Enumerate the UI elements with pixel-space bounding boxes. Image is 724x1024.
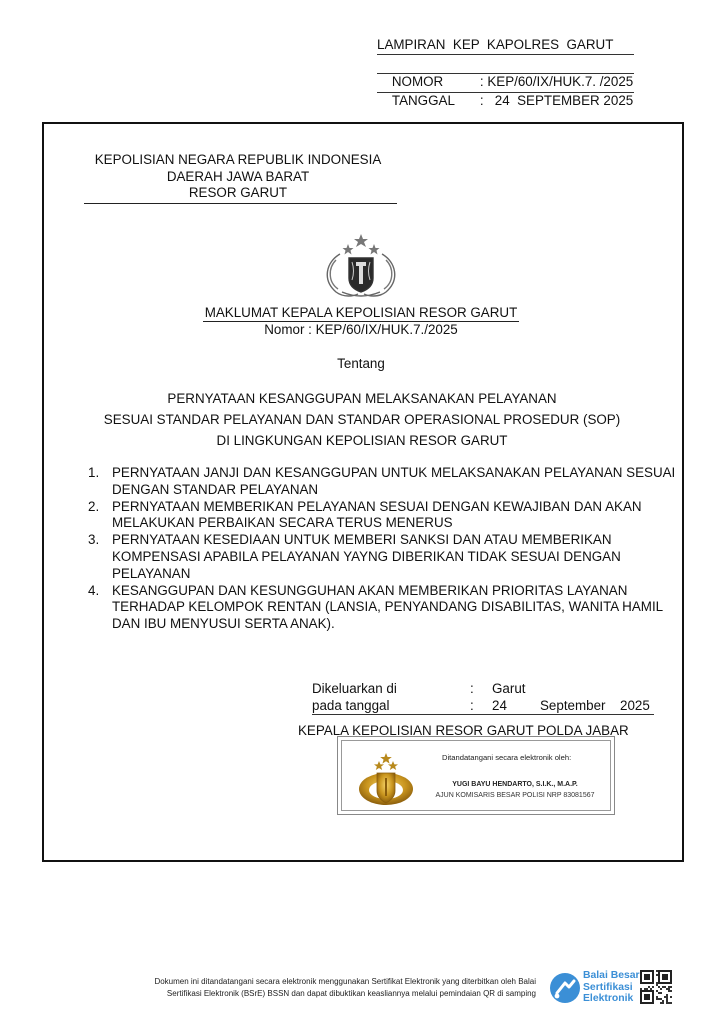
maklumat-title-text: MAKLUMAT KEPALA KEPOLISIAN RESOR GARUT <box>203 304 520 322</box>
subject-line-2: SESUAI STANDAR PELAYANAN DAN STANDAR OPE… <box>60 409 664 430</box>
lampiran-title: LAMPIRAN KEP KAPOLRES GARUT <box>377 36 634 55</box>
maklumat-nomor: Nomor : KEP/60/IX/HUK.7./2025 <box>180 321 542 338</box>
statement-number: 1. <box>88 465 112 499</box>
lampiran-header: LAMPIRAN KEP KAPOLRES GARUT NOMOR: KEP/6… <box>377 36 634 93</box>
statement-text: KESANGGUPAN DAN KESUNGGUHAN AKAN MEMBERI… <box>112 583 684 633</box>
bsre-brand: Balai Besar Sertifikasi Elektronik <box>583 970 640 1005</box>
signatory-rank: AJUN KOMISARIS BESAR POLISI NRP 83081567 <box>422 792 608 799</box>
issued-block: Dikeluarkan di : Garut pada tanggal : 24… <box>312 681 654 714</box>
polri-gold-emblem-icon <box>357 751 415 809</box>
maklumat-tentang: Tentang <box>180 355 542 372</box>
issued-divider <box>312 714 654 715</box>
lampiran-nomor-label: NOMOR <box>392 73 480 91</box>
lampiran-nomor: NOMOR: KEP/60/IX/HUK.7. /2025 <box>377 55 634 74</box>
e-signature-footnote: Dokumen ini ditandatangani secara elektr… <box>140 976 536 999</box>
issued-place-label: Dikeluarkan di <box>312 681 470 698</box>
statement-list: 1. PERNYATAAN JANJI DAN KESANGGUPAN UNTU… <box>88 465 684 633</box>
statement-number: 2. <box>88 499 112 533</box>
issued-date-month: September <box>540 698 620 715</box>
letterhead-line-2: DAERAH JAWA BARAT <box>78 169 398 186</box>
issued-place-sep: : <box>470 681 492 698</box>
statement-item: 4. KESANGGUPAN DAN KESUNGGUHAN AKAN MEMB… <box>88 583 684 633</box>
electronic-signature-box: Ditandatangani secara elektronik oleh: Y… <box>337 736 615 815</box>
statement-item: 2. PERNYATAAN MEMBERIKAN PELAYANAN SESUA… <box>88 499 684 533</box>
bsre-logo-icon <box>548 971 582 1005</box>
signatory-name: YUGI BAYU HENDARTO, S.I.K., M.A.P. <box>422 781 608 788</box>
statement-text: PERNYATAAN JANJI DAN KESANGGUPAN UNTUK M… <box>112 465 684 499</box>
letterhead-line-1: KEPOLISIAN NEGARA REPUBLIK INDONESIA <box>78 152 398 169</box>
issued-place-row: Dikeluarkan di : Garut <box>312 681 654 698</box>
issued-date-day: 24 <box>492 698 540 715</box>
footnote-line-1: Dokumen ini ditandatangani secara elektr… <box>140 976 536 988</box>
subject-line-3: DI LINGKUNGAN KEPOLISIAN RESOR GARUT <box>60 430 664 451</box>
issued-date-sep: : <box>470 698 492 715</box>
statement-text: PERNYATAAN KESEDIAAN UNTUK MEMBERI SANKS… <box>112 532 684 582</box>
letterhead-line-3: RESOR GARUT <box>78 185 398 202</box>
statement-item: 1. PERNYATAAN JANJI DAN KESANGGUPAN UNTU… <box>88 465 684 499</box>
lampiran-tanggal-value: : 24 SEPTEMBER 2025 <box>480 92 633 110</box>
lampiran-tanggal-label: TANGGAL <box>392 92 480 110</box>
bsre-line-2: Sertifikasi <box>583 982 640 994</box>
statement-text: PERNYATAAN MEMBERIKAN PELAYANAN SESUAI D… <box>112 499 684 533</box>
issued-date-label: pada tanggal <box>312 698 470 715</box>
issued-date-year: 2025 <box>620 698 650 715</box>
bsre-line-1: Balai Besar <box>583 970 640 982</box>
polri-emblem-icon <box>318 232 404 300</box>
bsre-line-3: Elektronik <box>583 993 640 1005</box>
statement-number: 3. <box>88 532 112 582</box>
maklumat-title: MAKLUMAT KEPALA KEPOLISIAN RESOR GARUT <box>180 304 542 322</box>
statement-item: 3. PERNYATAAN KESEDIAAN UNTUK MEMBERI SA… <box>88 532 684 582</box>
lampiran-nomor-value: : KEP/60/IX/HUK.7. /2025 <box>480 73 633 91</box>
footnote-line-2: Sertifikasi Elektronik (BSrE) BSSN dan d… <box>140 988 536 1000</box>
subject-line-1: PERNYATAAN KESANGGUPAN MELAKSANAKAN PELA… <box>60 388 664 409</box>
statement-number: 4. <box>88 583 112 633</box>
issued-place-value: Garut <box>492 681 526 698</box>
signed-by-label: Ditandatangani secara elektronik oleh: <box>442 753 571 762</box>
letterhead: KEPOLISIAN NEGARA REPUBLIK INDONESIA DAE… <box>78 152 398 202</box>
issued-date-row: pada tanggal : 24 September 2025 <box>312 698 654 715</box>
subject: PERNYATAAN KESANGGUPAN MELAKSANAKAN PELA… <box>60 388 664 451</box>
letterhead-divider <box>84 203 397 204</box>
qr-code-icon[interactable] <box>640 970 672 1004</box>
